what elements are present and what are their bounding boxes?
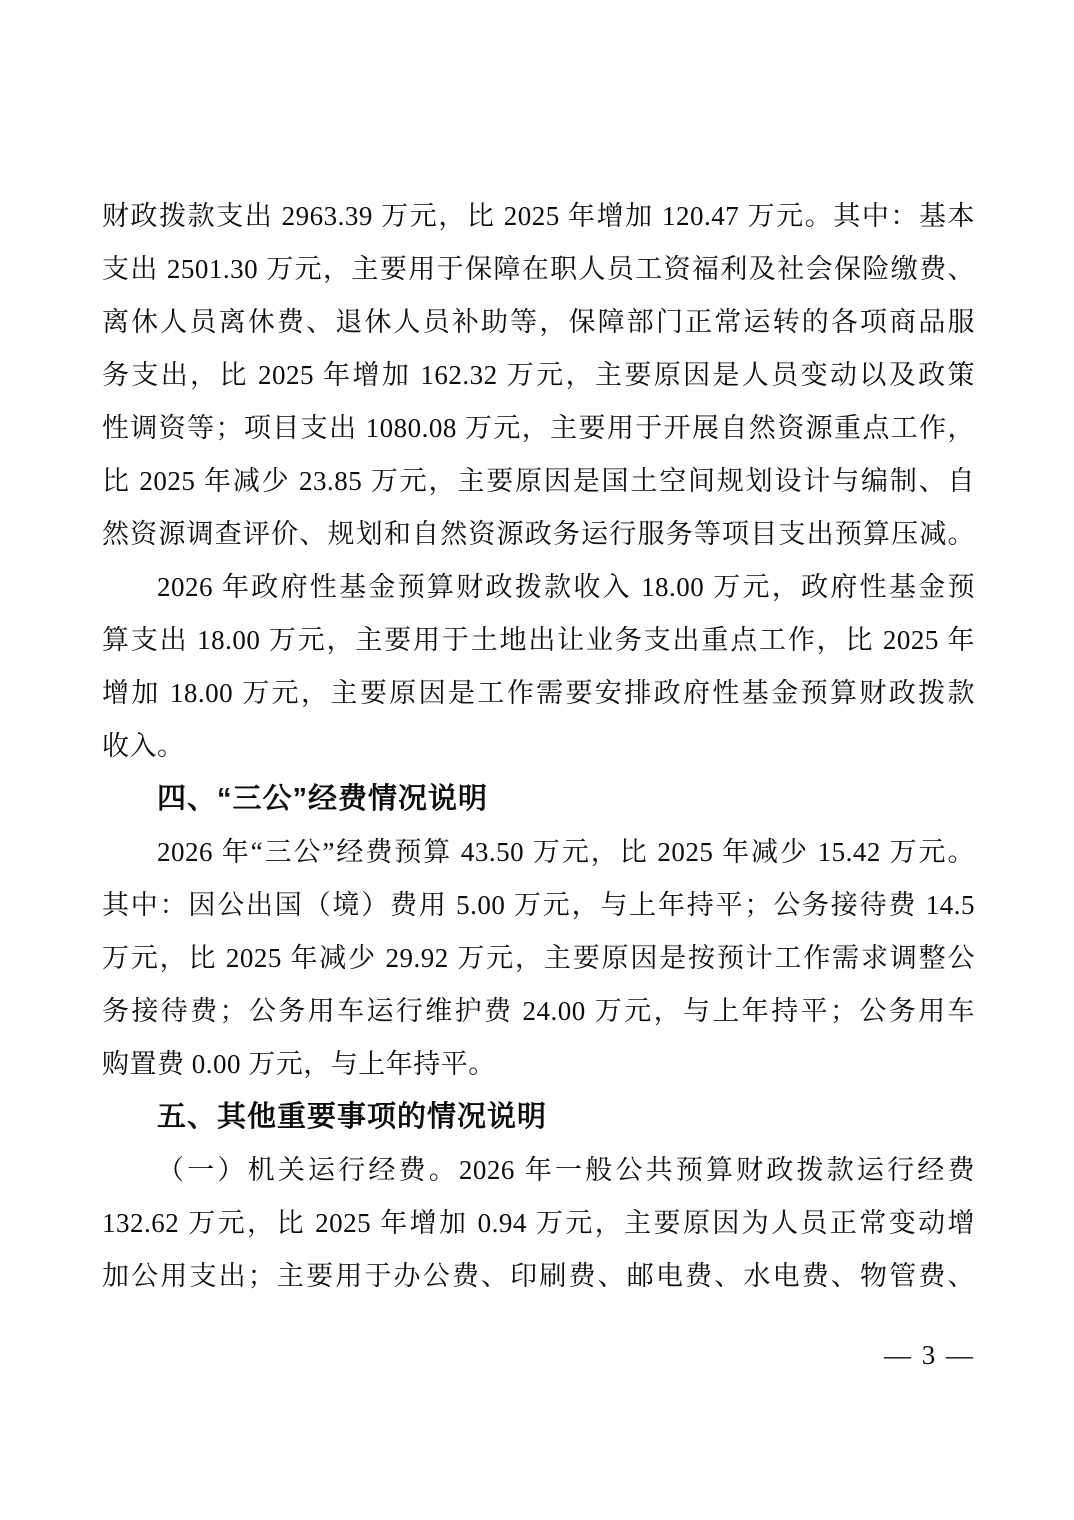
- text-line: 支出 2501.30 万元，主要用于保障在职人员工资福利及社会保险缴费、: [102, 243, 975, 296]
- paragraph-agency-operating-costs: （一）机关运行经费。2026 年一般公共预算财政拨款运行经费 132.62 万元…: [102, 1144, 975, 1303]
- text-line: 务支出，比 2025 年增加 162.32 万元，主要原因是人员变动以及政策: [102, 349, 975, 402]
- paragraph-fiscal-expenditure: 财政拨款支出 2963.39 万元，比 2025 年增加 120.47 万元。其…: [102, 190, 975, 561]
- text-line: 比 2025 年减少 23.85 万元，主要原因是国土空间规划设计与编制、自: [102, 455, 975, 508]
- text-line: 财政拨款支出 2963.39 万元，比 2025 年增加 120.47 万元。其…: [102, 190, 975, 243]
- section-heading-other-important-matters: 五、其他重要事项的情况说明: [102, 1091, 975, 1144]
- text-line: 购置费 0.00 万元，与上年持平。: [102, 1038, 975, 1091]
- text-line: 性调资等；项目支出 1080.08 万元，主要用于开展自然资源重点工作，: [102, 402, 975, 455]
- section-heading-three-public-funds: 四、“三公”经费情况说明: [102, 773, 975, 826]
- text-line: 务接待费；公务用车运行维护费 24.00 万元，与上年持平；公务用车: [102, 985, 975, 1038]
- text-line: 2026 年“三公”经费预算 43.50 万元，比 2025 年减少 15.42…: [102, 826, 975, 879]
- text-line: 2026 年政府性基金预算财政拨款收入 18.00 万元，政府性基金预: [102, 561, 975, 614]
- document-page: 财政拨款支出 2963.39 万元，比 2025 年增加 120.47 万元。其…: [0, 0, 1074, 1520]
- text-line: 然资源调查评价、规划和自然资源政务运行服务等项目支出预算压减。: [102, 508, 975, 561]
- text-line: 其中：因公出国（境）费用 5.00 万元，与上年持平；公务接待费 14.5: [102, 879, 975, 932]
- text-line: 132.62 万元，比 2025 年增加 0.94 万元，主要原因为人员正常变动…: [102, 1197, 975, 1250]
- text-line: 收入。: [102, 720, 975, 773]
- text-line: （一）机关运行经费。2026 年一般公共预算财政拨款运行经费: [102, 1144, 975, 1197]
- paragraph-three-public-funds: 2026 年“三公”经费预算 43.50 万元，比 2025 年减少 15.42…: [102, 826, 975, 1091]
- page-number: — 3 —: [102, 1335, 975, 1375]
- text-line: 万元，比 2025 年减少 29.92 万元，主要原因是按预计工作需求调整公: [102, 932, 975, 985]
- text-line: 增加 18.00 万元，主要原因是工作需要安排政府性基金预算财政拨款: [102, 667, 975, 720]
- text-line: 加公用支出；主要用于办公费、印刷费、邮电费、水电费、物管费、: [102, 1250, 975, 1303]
- text-line: 离休人员离休费、退休人员补助等，保障部门正常运转的各项商品服: [102, 296, 975, 349]
- text-line: 算支出 18.00 万元，主要用于土地出让业务支出重点工作，比 2025 年: [102, 614, 975, 667]
- paragraph-government-fund: 2026 年政府性基金预算财政拨款收入 18.00 万元，政府性基金预 算支出 …: [102, 561, 975, 773]
